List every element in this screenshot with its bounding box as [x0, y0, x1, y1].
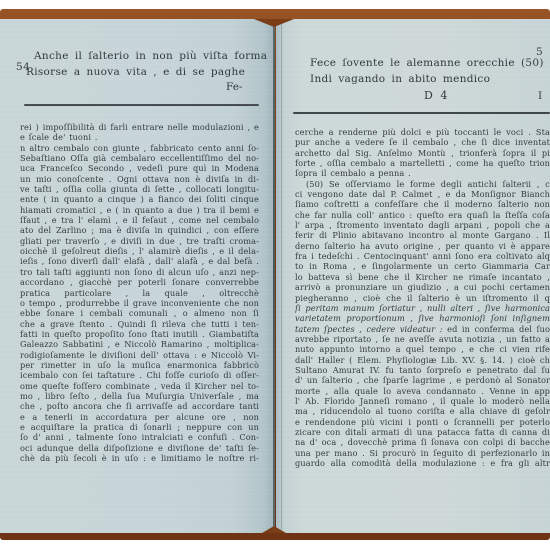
text-line: e a tenerli in accordatura per alcune or… — [20, 412, 259, 422]
text-line: e ſcale de' tuoni . — [20, 132, 259, 142]
text-line: lo batteva sì bene che il Kircher ne rim… — [295, 272, 550, 282]
text-line: ferir di Plinio abitavano incontro al mo… — [295, 230, 550, 240]
text-line: ome queſte foſſero combinate , veda il K… — [20, 381, 259, 391]
text-line: ſfaut , e tra l' elamì , e il feſaut , c… — [20, 215, 259, 225]
text-line: icembalo con ſei taſtature . Chi foſſe c… — [20, 370, 259, 380]
text-line: arrivò a pronunziare un giudizio , a cui… — [295, 282, 550, 292]
text-line: (50) Se oſſerviamo le forme degli antich… — [295, 179, 550, 189]
book-photo: 54 Anche il ſalterio in non più viſta fo… — [0, 0, 550, 550]
text-line: ato del Zarlino ; ma è diviſa in quindic… — [20, 225, 259, 235]
text-line: l' arpa , ſtromento inventato dagli arpa… — [295, 220, 550, 230]
text-line: ſopra il cembalo a penna . — [295, 168, 550, 178]
text-line: piegheranno , cioè che il ſalterio è un … — [295, 293, 550, 303]
text-line: Sultano Amurat IV. fu tanto ſorpreſo e p… — [295, 365, 550, 375]
text-line: hiamati cromatici , e ( in quanto a due … — [20, 205, 259, 215]
text-line: morte , alla quale lo aveva condannato .… — [295, 386, 550, 396]
text-line: e rendendone più vicini i ponti o ſcrann… — [295, 417, 550, 427]
text-line: rei ) impoſſibilità di farli entrare nel… — [20, 122, 259, 132]
book-gutter — [273, 19, 275, 533]
text-line: o tempo , produrrebbe il grave inconveni… — [20, 298, 259, 308]
right-page-footnote-text: cerche a renderne più dolci e più toccan… — [295, 127, 550, 468]
text-line: fatti in queſto propoſito ſono ſtati inu… — [20, 329, 259, 339]
text-line: uca Franceſco Secondo , vedeſi pure quì … — [20, 163, 259, 173]
text-line: guardo alla comodità della modulazione :… — [295, 458, 550, 468]
text-line: ci vengono date dal P. Calmet , e da Mon… — [295, 189, 550, 199]
text-line: l' Ab. Florido Janneſi romano , il quale… — [295, 396, 550, 406]
right-divider-rule — [293, 112, 550, 114]
text-line: e acquiſtare la pratica di ſonarli ; nep… — [20, 422, 259, 432]
text-line: archetto dal Sig. Anſelmo Montù , trionf… — [295, 148, 550, 158]
text-line: na d' oca , dovecchè prima ſi ſonava con… — [295, 437, 550, 447]
text-line: che a grave ſtento . Quindi ſi rileva ch… — [20, 319, 259, 329]
text-line: un mio conoſcente . Ogni ottava non è di… — [20, 174, 259, 184]
text-line: dall' Haller ( Elem. Phyſiologiæ Lib. XV… — [295, 355, 550, 365]
text-line: pur anche a vedere ſe il cembalo , che ſ… — [295, 137, 550, 147]
text-line: una per mano . Si procurò in ſeguito di … — [295, 448, 550, 458]
text-line: rodigioſamente le diviſioni dell' ottava… — [20, 350, 259, 360]
text-line: per rimetter in uſo la muſica enarmonica… — [20, 360, 259, 370]
text-line: ma , riducendolo al tuono coriſta e alla… — [295, 406, 550, 416]
text-line: accordano , giacchè per poterli ſonare c… — [20, 277, 259, 287]
text-line: ſo d' anni , talmente ſono intralciati e… — [20, 432, 259, 442]
verse-line: Risorse a nuova vita , e di se paghe — [26, 66, 267, 82]
text-line: chè da più ſecoli è in uſo : e limitiamo… — [20, 453, 259, 463]
verse-line: Anche il ſalterio in non più viſta forma — [26, 50, 267, 66]
text-line: che , poſto ancora che ſi arrivaſſe ad a… — [20, 401, 259, 411]
text-line: ſiamo coſtretti a confeſſare che il mode… — [295, 199, 550, 209]
right-page-verse: Fece ſovente le alemanne orecchie (50) .… — [310, 57, 550, 89]
gutter-bottom-notch — [262, 526, 286, 533]
verse-line: Indi vagando in abito mendico — [310, 73, 550, 89]
text-line: Galeazzo Sabbatini , e Niccolò Ramarino … — [20, 339, 259, 349]
text-line: tatem ſpectes , cedere videatur : ed in … — [295, 324, 550, 334]
signature-mark: D 4 — [424, 89, 449, 102]
text-line: fra i tedeſchi . Centocinquant' anni ſon… — [295, 251, 550, 261]
text-line: ebbe ſonare i cembali comunali , o almen… — [20, 308, 259, 318]
text-line: ſi peritam manum ſortiatur , nulli alter… — [295, 303, 550, 313]
left-page-catchword: Fe- — [226, 81, 242, 93]
text-line: nuto appunto intorno a quel tempo , e ch… — [295, 344, 550, 354]
right-margin-fragment: I — [538, 90, 542, 102]
book-gutter-shadow — [281, 22, 282, 530]
text-line: zicare con ditali armati di una patacca … — [295, 427, 550, 437]
gutter-top-notch — [254, 19, 294, 27]
text-line: mo , libro ſeſto , della ſua Muſurgia Un… — [20, 391, 259, 401]
text-line: n altro cembalo con giunte , fabbricato … — [20, 143, 259, 153]
text-line: to in Roma , e ſingolarmente un certo Gi… — [295, 261, 550, 271]
left-page-footnote-text: rei ) impoſſibilità di farli entrare nel… — [20, 122, 259, 463]
text-line: ve taſti , oſſia colla giunta di ſette ,… — [20, 184, 259, 194]
text-line: che far nulla coll' antico : queſto era … — [295, 210, 550, 220]
text-line: oci adunque della diſpoſizione e diviſio… — [20, 443, 259, 453]
text-line: gliati per traverſo , e diviſi in due , … — [20, 236, 259, 246]
left-page-verse: Anche il ſalterio in non più viſta forma… — [26, 50, 267, 82]
text-line: oicchè il geſolreut dieſis , l' alamirè … — [20, 246, 259, 256]
text-line: derno ſalterio ha avuto origine , per qu… — [295, 241, 550, 251]
text-line: pratica particolare , la quale , oltrecc… — [20, 288, 259, 298]
text-line: varietatem proportionum , ſive harmonioſ… — [295, 313, 550, 323]
text-line: tro tali taſti aggiunti non ſono di alcu… — [20, 267, 259, 277]
verse-line: Fece ſovente le alemanne orecchie (50) . — [310, 57, 550, 73]
text-line: ieſis , ſono diverſi dall' elafà , dall'… — [20, 256, 259, 266]
text-line: d' un ſalterio , che ſparſe lagrime , e … — [295, 375, 550, 385]
text-line: cerche a renderne più dolci e più toccan… — [295, 127, 550, 137]
text-line: avrebbe riportato , ſe ne aveſſe avuta n… — [295, 334, 550, 344]
text-line: ente ( in quanto a cinque ) a fianco dei… — [20, 194, 259, 204]
left-divider-rule — [24, 104, 259, 106]
text-line: Sebaſtiano Oſſa già cembalaro eccellenti… — [20, 153, 259, 163]
text-line: forte , oſſia cembalo a martelletti , co… — [295, 158, 550, 168]
